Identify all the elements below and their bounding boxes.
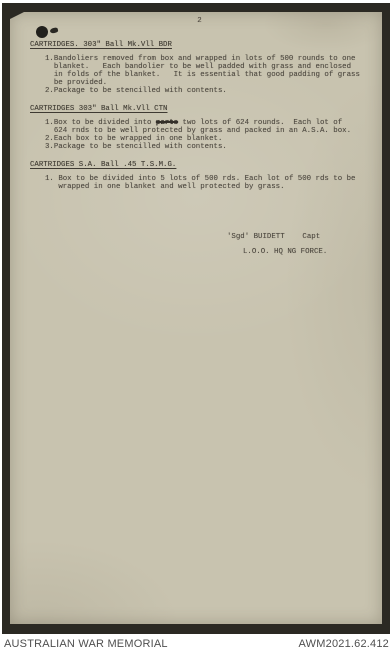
section-heading: CARTRIDGES S.A. Ball .45 T.S.M.G. [30, 161, 370, 169]
item-number: 1. [45, 55, 54, 87]
item-number: 3. [45, 143, 54, 151]
struck-word: parts [156, 119, 178, 127]
list-item: 2. Each box to be wrapped in one blanket… [45, 135, 370, 143]
list-item: 1. Box to be divided into 5 lots of 500 … [45, 175, 370, 191]
list-item: 1. Box to be divided into parts two lots… [45, 119, 370, 135]
signature-line: 'Sgd' BUIDETT Capt [227, 233, 370, 241]
document-section-ctn: CARTRIDGES 303" Ball Mk.Vll CTN 1. Box t… [30, 105, 370, 151]
item-text-pre: Box to be divided into [54, 119, 156, 127]
awm-reference-number: AWM2021.62.412 [299, 638, 389, 650]
item-text: Box to be divided into parts two lots of… [54, 119, 370, 135]
page-number: 2 [30, 17, 370, 25]
item-text: Box to be divided into 5 lots of 500 rds… [58, 175, 370, 191]
item-number: 1. [45, 119, 54, 135]
list-item: 1. Bandoliers removed from box and wrapp… [45, 55, 370, 87]
awm-footer: AUSTRALIAN WAR MEMORIAL AWM2021.62.412 [0, 634, 392, 653]
list-item: 2. Package to be stencilled with content… [45, 87, 370, 95]
signature-line: L.O.O. HQ NG FORCE. [243, 248, 370, 256]
item-text: Bandoliers removed from box and wrapped … [54, 55, 370, 87]
document-paper: 2 CARTRIDGES. 303" Ball Mk.Vll BDR 1. Ba… [10, 12, 382, 624]
signature-block: 'Sgd' BUIDETT Capt L.O.O. HQ NG FORCE. [30, 233, 370, 256]
section-heading: CARTRIDGES 303" Ball Mk.Vll CTN [30, 105, 370, 113]
item-text: Each box to be wrapped in one blanket. [54, 135, 370, 143]
document-section-bdr: CARTRIDGES. 303" Ball Mk.Vll BDR 1. Band… [30, 41, 370, 95]
item-number: 2. [45, 87, 54, 95]
awm-credit-label: AUSTRALIAN WAR MEMORIAL [4, 638, 168, 650]
item-number: 2. [45, 135, 54, 143]
document-section-tsmg: CARTRIDGES S.A. Ball .45 T.S.M.G. 1. Box… [30, 161, 370, 191]
scan-background: 2 CARTRIDGES. 303" Ball Mk.Vll BDR 1. Ba… [2, 3, 390, 634]
section-heading: CARTRIDGES. 303" Ball Mk.Vll BDR [30, 41, 370, 49]
typed-content: 2 CARTRIDGES. 303" Ball Mk.Vll BDR 1. Ba… [10, 12, 382, 256]
item-text: Package to be stencilled with contents. [54, 87, 370, 95]
list-item: 3. Package to be stencilled with content… [45, 143, 370, 151]
item-text: Package to be stencilled with contents. [54, 143, 370, 151]
item-number: 1. [45, 175, 58, 191]
